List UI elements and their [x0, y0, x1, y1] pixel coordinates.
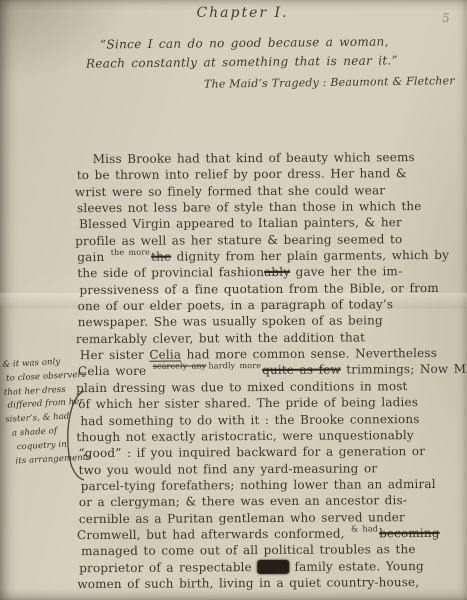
- inked-out-word: xxxx: [257, 559, 289, 573]
- body-line: or a clergyman; & there was even an ance…: [79, 492, 457, 511]
- text-segment: or a clergyman; & there was even an ance…: [79, 493, 407, 509]
- text-segment: newspaper. She was usually spoken of as …: [78, 314, 383, 330]
- text-segment: the: [151, 250, 171, 264]
- text-segment: Cromwell, but had afterwards conformed,: [77, 526, 350, 542]
- body-line: of which her sister shared. The pride of…: [78, 394, 456, 413]
- body-line: “good” : if you inquired backward for a …: [78, 443, 456, 462]
- text-segment: pressiveness of a fine quotation from th…: [79, 281, 438, 297]
- text-segment: Her sister: [80, 348, 149, 362]
- text-segment: trimmings; Now Miss Brooke’s: [341, 362, 467, 377]
- body-line: the side of provincial fashionably gave …: [77, 263, 455, 282]
- body-line: women of such birth, living in a quiet c…: [77, 574, 457, 593]
- body-text: Miss Brooke had that kind of beauty whic…: [77, 149, 458, 593]
- margin-insertion-bracket: [62, 388, 86, 484]
- epigraph-line-2: Reach constantly at something that is ne…: [86, 53, 398, 70]
- text-segment: becoming: [379, 526, 440, 540]
- epigraph-attribution: The Maid’s Tragedy : Beaumont & Fletcher: [204, 74, 455, 91]
- body-line: to be thrown into relief by poor dress. …: [77, 165, 455, 184]
- text-segment: the side of provincial fashion: [77, 265, 264, 280]
- text-segment: Blessed Virgin appeared to Italian paint…: [79, 216, 402, 232]
- text-segment: “good” : if you inquired backward for a …: [78, 444, 425, 460]
- text-segment: dignity from her plain garments, which b…: [171, 248, 449, 264]
- manuscript-screenshot: Chapter I. 5 “Since I can do no good bec…: [0, 0, 467, 600]
- text-segment: had something to do with it : the Brooke…: [80, 412, 419, 428]
- text-segment: Miss Brooke had that kind of beauty whic…: [93, 150, 415, 166]
- body-line: Celia wore scarcely anyhardly morequite …: [78, 361, 456, 380]
- body-line: Blessed Virgin appeared to Italian paint…: [79, 214, 455, 233]
- text-segment: gave her the im-: [290, 265, 402, 280]
- chapter-title: Chapter I.: [0, 5, 467, 21]
- text-segment: the more: [111, 249, 150, 257]
- text-segment: quite as few: [262, 363, 341, 377]
- text-segment: remarkably clever, but with the addition…: [76, 330, 365, 346]
- text-segment: gain: [77, 250, 110, 264]
- text-segment: of which her sister shared. The pride of…: [78, 395, 418, 411]
- text-segment: proprietor of a respectable: [79, 560, 257, 575]
- text-segment: two you would not find any yard-measurin…: [79, 461, 378, 477]
- text-segment: managed to come out of all political tro…: [81, 542, 416, 558]
- text-segment: ably: [264, 265, 290, 279]
- text-segment: Celia wore: [78, 364, 152, 378]
- manuscript-page: Chapter I. 5 “Since I can do no good bec…: [0, 0, 467, 600]
- text-segment: cernible as a Puritan gentleman who serv…: [79, 510, 405, 526]
- text-segment: though not exactly aristocratic, were un…: [76, 428, 413, 444]
- text-segment: & had: [351, 525, 378, 533]
- body-line: managed to come out of all political tro…: [81, 541, 457, 560]
- text-segment: sleeves not less bare of style than thos…: [77, 199, 422, 215]
- epigraph-line-1: “Since I can do no good because a woman,: [100, 34, 389, 51]
- text-segment: had more common sense. Nevertheless: [181, 346, 437, 362]
- text-segment: profile as well as her stature & bearing…: [75, 232, 402, 248]
- page-number: 5: [441, 11, 451, 26]
- text-segment: family estate. Young: [289, 559, 424, 574]
- text-segment: to be thrown into relief by poor dress. …: [77, 166, 407, 182]
- text-segment: hardly more: [208, 363, 261, 371]
- text-segment: one of our elder poets, in a paragraph o…: [78, 297, 394, 313]
- text-segment: women of such birth, living in a quiet c…: [77, 575, 419, 591]
- text-segment: Celia: [149, 348, 181, 362]
- text-segment: parcel-tying forefathers; nothing lower …: [81, 477, 436, 493]
- text-segment: plain dressing was due to mixed conditio…: [76, 379, 407, 395]
- body-line: pressiveness of a fine quotation from th…: [79, 280, 455, 299]
- text-segment: scarcely any: [153, 363, 207, 371]
- text-segment: wrist were so finely formed that she cou…: [75, 183, 385, 199]
